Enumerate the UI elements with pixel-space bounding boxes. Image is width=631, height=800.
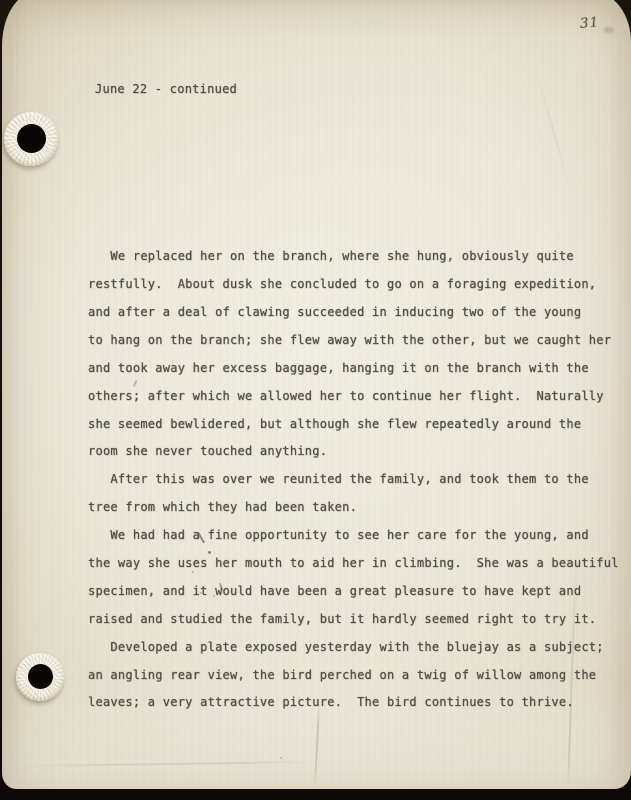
text-line: We had had a fine opportunity to see her… (88, 522, 628, 550)
body-lines: We replaced her on the branch, where she… (88, 160, 628, 718)
text-line: Developed a plate exposed yesterday with… (88, 634, 628, 662)
hole-punch-bottom (16, 653, 64, 701)
pencil-mark (192, 571, 194, 573)
pencil-mark (208, 551, 211, 554)
text-line: raised and studied the family, but it ha… (88, 606, 628, 634)
text-line: she seemed bewlidered, but although she … (88, 411, 628, 439)
text-line: to hang on the branch; she flew away wit… (88, 327, 628, 355)
text-line: and after a deal of clawing succeeded in… (88, 299, 628, 327)
text-line: We replaced her on the branch, where she… (88, 243, 628, 271)
pencil-mark (200, 592, 202, 594)
text-line: an angling rear view, the bird perched o… (88, 662, 628, 690)
date-heading: June 22 - continued (88, 76, 628, 104)
pencil-mark (213, 595, 215, 597)
text-line: the way she uses her mouth to aid her in… (88, 550, 628, 578)
punch-hole-icon (17, 124, 46, 153)
text-line: restfully. About dusk she concluded to g… (88, 271, 628, 299)
text-line: and took away her excess baggage, hangin… (88, 355, 628, 383)
text-line: others; after which we allowed her to co… (88, 383, 628, 411)
text-line: After this was over we reunited the fami… (88, 466, 628, 494)
text-line: specimen, and it would have been a great… (88, 578, 628, 606)
text-line: room she never touched anything. (88, 438, 628, 466)
hole-punch-top (4, 112, 58, 166)
typewritten-text: June 22 - continued We replaced her on t… (88, 20, 628, 773)
text-line: tree from which they had been taken. (88, 494, 628, 522)
scanned-journal-photo: 31 June 22 - continued We replaced her o… (0, 0, 631, 800)
pencil-mark (280, 757, 282, 759)
text-line: leaves; a very attractive picture. The b… (88, 689, 628, 717)
punch-hole-icon (28, 664, 53, 689)
